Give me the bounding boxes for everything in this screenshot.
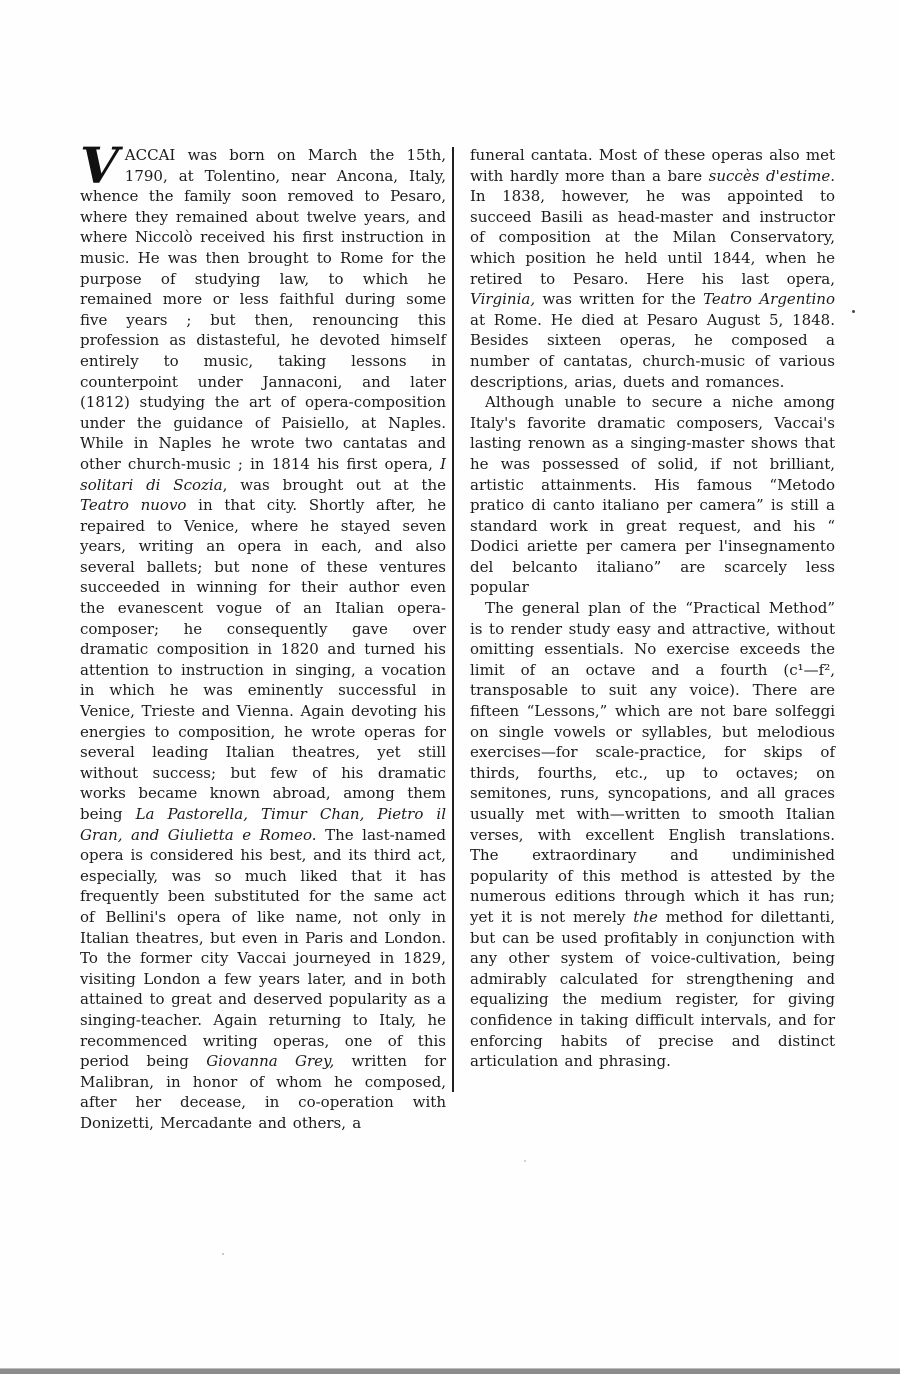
biography-paragraph-1-continued: funeral cantata. Most of these operas al… (470, 145, 835, 392)
left-column: VACCAI was born on March the 15th, 1790,… (80, 145, 446, 1134)
biography-paragraph-2: Although unable to secure a niche among … (470, 392, 835, 598)
method-description-paragraph: The general plan of the “Practical Metho… (470, 598, 835, 1072)
scan-edge-artifact (0, 1368, 900, 1374)
scanned-page: VACCAI was born on March the 15th, 1790,… (0, 0, 900, 1374)
paragraph-text: ACCAI was born on March the 15th, 1790, … (80, 146, 446, 1132)
drop-cap-initial: V (80, 147, 119, 184)
two-column-text-block: VACCAI was born on March the 15th, 1790,… (80, 145, 835, 1134)
scan-speck-artifact (852, 310, 855, 313)
biography-paragraph-1: VACCAI was born on March the 15th, 1790,… (80, 145, 446, 1134)
column-divider-rule (452, 147, 454, 1092)
scan-speck-artifact (524, 1160, 526, 1162)
scan-speck-artifact (222, 1253, 224, 1255)
right-column: funeral cantata. Most of these operas al… (470, 145, 835, 1134)
